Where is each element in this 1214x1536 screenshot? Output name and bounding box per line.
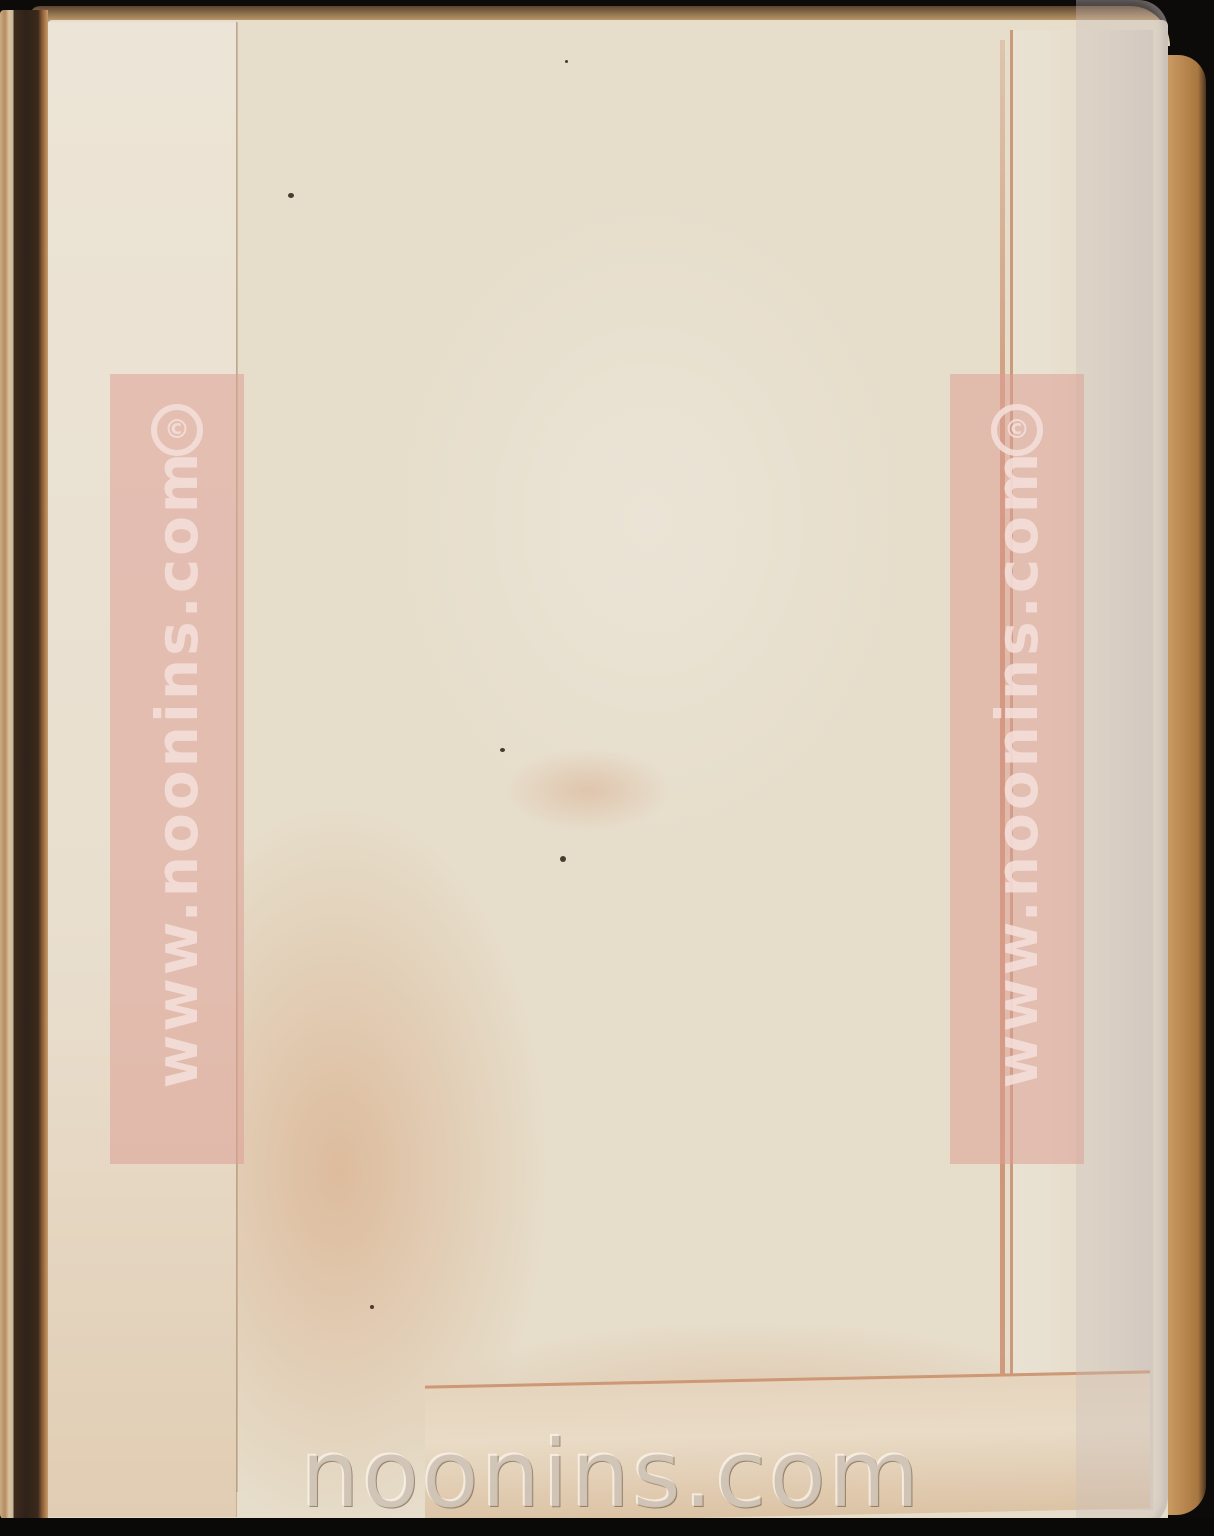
ink-speck bbox=[560, 856, 566, 862]
watermark-band-left: © www.noonins.com bbox=[110, 374, 244, 1164]
translucent-tape bbox=[1076, 0, 1168, 1530]
ink-speck bbox=[500, 748, 505, 752]
scanned-page: © www.noonins.com © www.noonins.com noon… bbox=[0, 0, 1214, 1536]
watermark-text-bottom: noonins.com bbox=[300, 1420, 920, 1529]
watermark-text-right: www.noonins.com bbox=[983, 450, 1051, 1089]
ink-speck bbox=[565, 60, 568, 63]
copyright-icon: © bbox=[151, 404, 203, 456]
book-spine-binding bbox=[0, 10, 48, 1520]
watermark-band-right: © www.noonins.com bbox=[950, 374, 1084, 1164]
copyright-icon: © bbox=[991, 404, 1043, 456]
ink-speck bbox=[288, 193, 294, 198]
scan-background bbox=[0, 1518, 1214, 1536]
ink-speck bbox=[370, 1305, 374, 1309]
watermark-text-left: www.noonins.com bbox=[143, 450, 211, 1089]
